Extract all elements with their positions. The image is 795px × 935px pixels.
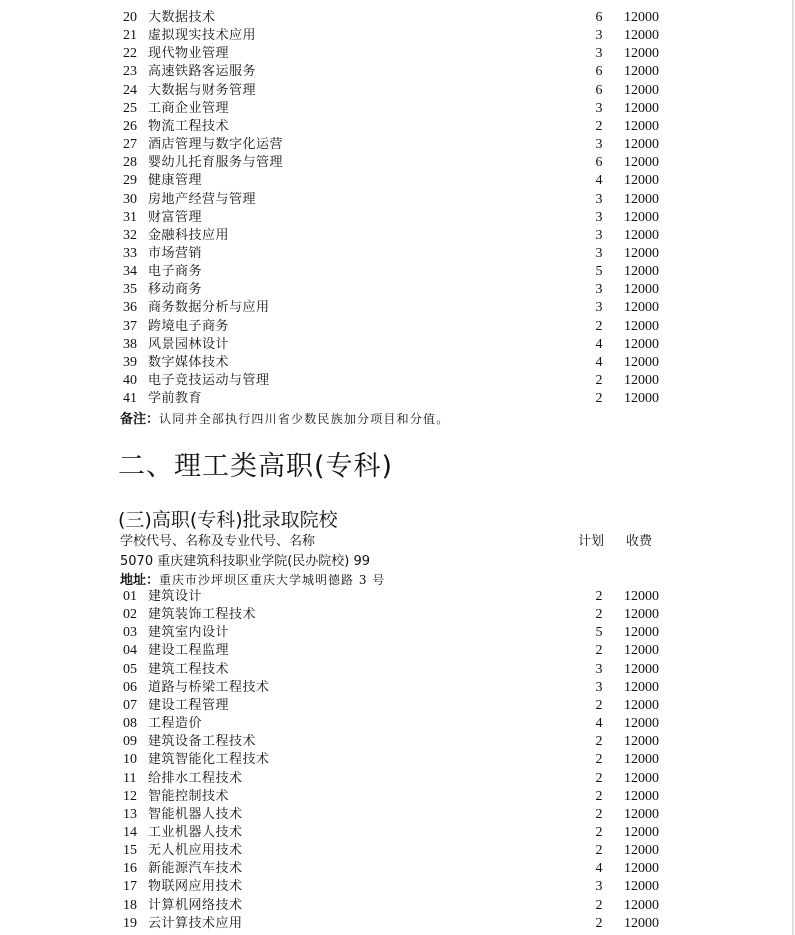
- major-row: 39数字媒体技术412000: [0, 354, 795, 372]
- major-row: 09建筑设备工程技术212000: [0, 733, 795, 751]
- tuition-fee: 12000: [624, 281, 659, 299]
- tuition-fee: 12000: [624, 679, 659, 697]
- major-code: 24: [123, 82, 145, 100]
- major-row: 02建筑装饰工程技术212000: [0, 606, 795, 624]
- major-code: 34: [123, 263, 145, 281]
- major-name: 建筑室内设计: [148, 624, 229, 642]
- tuition-fee: 12000: [624, 842, 659, 860]
- major-name: 婴幼儿托育服务与管理: [148, 154, 283, 172]
- major-code: 02: [123, 606, 145, 624]
- major-name: 建设工程管理: [148, 697, 229, 715]
- address-label: 地址：: [120, 573, 159, 588]
- major-row: 04建设工程监理212000: [0, 642, 795, 660]
- major-code: 12: [123, 788, 145, 806]
- major-name: 智能机器人技术: [148, 806, 243, 824]
- major-code: 11: [123, 770, 145, 788]
- plan-count: 3: [590, 136, 608, 154]
- major-code: 39: [123, 354, 145, 372]
- tuition-fee: 12000: [624, 733, 659, 751]
- tuition-fee: 12000: [624, 390, 659, 408]
- major-code: 03: [123, 624, 145, 642]
- plan-count: 3: [590, 100, 608, 118]
- major-name: 建筑设备工程技术: [148, 733, 256, 751]
- plan-count: 2: [590, 915, 608, 933]
- school-name-line: 5070 重庆建筑科技职业学院(民办院校) 99: [120, 552, 370, 572]
- major-row: 15无人机应用技术212000: [0, 842, 795, 860]
- major-name: 无人机应用技术: [148, 842, 243, 860]
- major-name: 建筑设计: [148, 588, 202, 606]
- plan-count: 4: [590, 172, 608, 190]
- plan-count: 3: [590, 27, 608, 45]
- plan-count: 4: [590, 336, 608, 354]
- column-header: 学校代号、名称及专业代号、名称 计划 收费: [120, 532, 795, 552]
- major-code: 41: [123, 390, 145, 408]
- tuition-fee: 12000: [624, 263, 659, 281]
- major-code: 32: [123, 227, 145, 245]
- tuition-fee: 12000: [624, 100, 659, 118]
- plan-count: 6: [590, 82, 608, 100]
- major-row: 27酒店管理与数字化运营312000: [0, 136, 795, 154]
- major-name: 虚拟现实技术应用: [148, 27, 256, 45]
- major-name: 电子竞技运动与管理: [148, 372, 270, 390]
- tuition-fee: 12000: [624, 878, 659, 896]
- major-name: 物流工程技术: [148, 118, 229, 136]
- major-name: 现代物业管理: [148, 45, 229, 63]
- major-row: 26物流工程技术212000: [0, 118, 795, 136]
- plan-count: 2: [590, 806, 608, 824]
- tuition-fee: 12000: [624, 751, 659, 769]
- major-name: 云计算技术应用: [148, 915, 243, 933]
- major-row: 14工业机器人技术212000: [0, 824, 795, 842]
- plan-count: 6: [590, 63, 608, 81]
- plan-count: 3: [590, 191, 608, 209]
- plan-count: 2: [590, 606, 608, 624]
- major-row: 06道路与桥梁工程技术312000: [0, 679, 795, 697]
- plan-count: 2: [590, 390, 608, 408]
- plan-count: 2: [590, 842, 608, 860]
- plan-count: 3: [590, 209, 608, 227]
- major-code: 33: [123, 245, 145, 263]
- major-name: 数字媒体技术: [148, 354, 229, 372]
- tuition-fee: 12000: [624, 154, 659, 172]
- major-row: 19云计算技术应用212000: [0, 915, 795, 933]
- tuition-fee: 12000: [624, 897, 659, 915]
- tuition-fee: 12000: [624, 788, 659, 806]
- remark-text: 认同并全部执行四川省少数民族加分项目和分值。: [159, 412, 449, 426]
- major-row: 07建设工程管理212000: [0, 697, 795, 715]
- major-row: 28婴幼儿托育服务与管理612000: [0, 154, 795, 172]
- major-name: 健康管理: [148, 172, 202, 190]
- major-code: 36: [123, 299, 145, 317]
- major-row: 34电子商务512000: [0, 263, 795, 281]
- plan-count: 2: [590, 372, 608, 390]
- tuition-fee: 12000: [624, 227, 659, 245]
- major-row: 35移动商务312000: [0, 281, 795, 299]
- major-code: 26: [123, 118, 145, 136]
- plan-count: 2: [590, 642, 608, 660]
- major-code: 19: [123, 915, 145, 933]
- major-code: 20: [123, 9, 145, 27]
- plan-count: 5: [590, 263, 608, 281]
- tuition-fee: 12000: [624, 806, 659, 824]
- major-name: 移动商务: [148, 281, 202, 299]
- major-row: 13智能机器人技术212000: [0, 806, 795, 824]
- major-name: 商务数据分析与应用: [148, 299, 270, 317]
- major-name: 智能控制技术: [148, 788, 229, 806]
- remark-note: 备注：认同并全部执行四川省少数民族加分项目和分值。: [120, 410, 449, 429]
- major-code: 40: [123, 372, 145, 390]
- major-code: 27: [123, 136, 145, 154]
- section-title: 二、理工类高职(专科): [118, 448, 393, 486]
- major-name: 风景园林设计: [148, 336, 229, 354]
- major-code: 28: [123, 154, 145, 172]
- major-row: 12智能控制技术212000: [0, 788, 795, 806]
- address-text: 重庆市沙坪坝区重庆大学城明德路 3 号: [159, 573, 385, 587]
- plan-count: 2: [590, 697, 608, 715]
- major-name: 新能源汽车技术: [148, 860, 243, 878]
- tuition-fee: 12000: [624, 118, 659, 136]
- plan-count: 6: [590, 9, 608, 27]
- major-name: 物联网应用技术: [148, 878, 243, 896]
- tuition-fee: 12000: [624, 209, 659, 227]
- major-row: 22现代物业管理312000: [0, 45, 795, 63]
- major-code: 04: [123, 642, 145, 660]
- major-name: 财富管理: [148, 209, 202, 227]
- major-code: 09: [123, 733, 145, 751]
- plan-count: 4: [590, 860, 608, 878]
- major-row: 32金融科技应用312000: [0, 227, 795, 245]
- tuition-fee: 12000: [624, 661, 659, 679]
- plan-count: 2: [590, 118, 608, 136]
- tuition-fee: 12000: [624, 9, 659, 27]
- major-row: 33市场营销312000: [0, 245, 795, 263]
- major-code: 06: [123, 679, 145, 697]
- tuition-fee: 12000: [624, 172, 659, 190]
- major-name: 学前教育: [148, 390, 202, 408]
- tuition-fee: 12000: [624, 642, 659, 660]
- plan-count: 3: [590, 227, 608, 245]
- major-code: 16: [123, 860, 145, 878]
- major-code: 22: [123, 45, 145, 63]
- major-code: 25: [123, 100, 145, 118]
- major-name: 工业机器人技术: [148, 824, 243, 842]
- major-code: 07: [123, 697, 145, 715]
- tuition-fee: 12000: [624, 27, 659, 45]
- tuition-fee: 12000: [624, 299, 659, 317]
- plan-count: 6: [590, 154, 608, 172]
- major-row: 10建筑智能化工程技术212000: [0, 751, 795, 769]
- tuition-fee: 12000: [624, 915, 659, 933]
- plan-count: 3: [590, 661, 608, 679]
- major-name: 大数据技术: [148, 9, 216, 27]
- major-row: 20大数据技术612000: [0, 9, 795, 27]
- major-name: 大数据与财务管理: [148, 82, 256, 100]
- tuition-fee: 12000: [624, 136, 659, 154]
- plan-count: 2: [590, 897, 608, 915]
- plan-count: 2: [590, 770, 608, 788]
- major-row: 41学前教育212000: [0, 390, 795, 408]
- tuition-fee: 12000: [624, 336, 659, 354]
- tuition-fee: 12000: [624, 354, 659, 372]
- plan-count: 3: [590, 878, 608, 896]
- major-code: 15: [123, 842, 145, 860]
- major-code: 17: [123, 878, 145, 896]
- major-code: 31: [123, 209, 145, 227]
- tuition-fee: 12000: [624, 245, 659, 263]
- major-name: 市场营销: [148, 245, 202, 263]
- page-edge-divider: [792, 0, 794, 935]
- major-code: 14: [123, 824, 145, 842]
- plan-count: 3: [590, 679, 608, 697]
- tuition-fee: 12000: [624, 588, 659, 606]
- tuition-fee: 12000: [624, 624, 659, 642]
- major-name: 酒店管理与数字化运营: [148, 136, 283, 154]
- major-row: 21虚拟现实技术应用312000: [0, 27, 795, 45]
- header-plan: 计划: [578, 532, 604, 552]
- major-row: 17物联网应用技术312000: [0, 878, 795, 896]
- plan-count: 2: [590, 751, 608, 769]
- major-name: 给排水工程技术: [148, 770, 243, 788]
- major-code: 08: [123, 715, 145, 733]
- tuition-fee: 12000: [624, 318, 659, 336]
- major-name: 跨境电子商务: [148, 318, 229, 336]
- tuition-fee: 12000: [624, 45, 659, 63]
- major-code: 10: [123, 751, 145, 769]
- tuition-fee: 12000: [624, 372, 659, 390]
- major-name: 建筑智能化工程技术: [148, 751, 270, 769]
- major-row: 01建筑设计212000: [0, 588, 795, 606]
- major-name: 高速铁路客运服务: [148, 63, 256, 81]
- major-name: 房地产经营与管理: [148, 191, 256, 209]
- major-name: 工商企业管理: [148, 100, 229, 118]
- major-row: 23高速铁路客运服务612000: [0, 63, 795, 81]
- major-row: 40电子竞技运动与管理212000: [0, 372, 795, 390]
- major-name: 计算机网络技术: [148, 897, 243, 915]
- tuition-fee: 12000: [624, 63, 659, 81]
- major-row: 29健康管理412000: [0, 172, 795, 190]
- major-code: 21: [123, 27, 145, 45]
- tuition-fee: 12000: [624, 697, 659, 715]
- major-row: 11给排水工程技术212000: [0, 770, 795, 788]
- major-name: 金融科技应用: [148, 227, 229, 245]
- major-name: 电子商务: [148, 263, 202, 281]
- major-row: 38风景园林设计412000: [0, 336, 795, 354]
- tuition-fee: 12000: [624, 860, 659, 878]
- major-row: 37跨境电子商务212000: [0, 318, 795, 336]
- major-row: 24大数据与财务管理612000: [0, 82, 795, 100]
- major-code: 30: [123, 191, 145, 209]
- plan-count: 2: [590, 788, 608, 806]
- major-code: 05: [123, 661, 145, 679]
- plan-count: 3: [590, 281, 608, 299]
- plan-count: 3: [590, 45, 608, 63]
- tuition-fee: 12000: [624, 191, 659, 209]
- major-row: 16新能源汽车技术412000: [0, 860, 795, 878]
- plan-count: 2: [590, 824, 608, 842]
- major-code: 01: [123, 588, 145, 606]
- plan-count: 2: [590, 588, 608, 606]
- major-name: 工程造价: [148, 715, 202, 733]
- remark-label: 备注：: [120, 412, 159, 427]
- major-row: 08工程造价412000: [0, 715, 795, 733]
- major-code: 29: [123, 172, 145, 190]
- major-row: 31财富管理312000: [0, 209, 795, 227]
- plan-count: 4: [590, 715, 608, 733]
- tuition-fee: 12000: [624, 606, 659, 624]
- major-row: 36商务数据分析与应用312000: [0, 299, 795, 317]
- subsection-title: (三)高职(专科)批录取院校: [118, 506, 338, 534]
- header-school-major: 学校代号、名称及专业代号、名称: [120, 532, 315, 552]
- major-code: 13: [123, 806, 145, 824]
- major-code: 37: [123, 318, 145, 336]
- major-row: 18计算机网络技术212000: [0, 897, 795, 915]
- major-name: 建筑工程技术: [148, 661, 229, 679]
- header-fee: 收费: [626, 532, 652, 552]
- plan-count: 2: [590, 318, 608, 336]
- plan-count: 2: [590, 733, 608, 751]
- tuition-fee: 12000: [624, 770, 659, 788]
- major-code: 23: [123, 63, 145, 81]
- plan-count: 3: [590, 299, 608, 317]
- major-code: 18: [123, 897, 145, 915]
- major-row: 05建筑工程技术312000: [0, 661, 795, 679]
- tuition-fee: 12000: [624, 82, 659, 100]
- plan-count: 4: [590, 354, 608, 372]
- tuition-fee: 12000: [624, 715, 659, 733]
- plan-count: 3: [590, 245, 608, 263]
- major-code: 35: [123, 281, 145, 299]
- major-row: 03建筑室内设计512000: [0, 624, 795, 642]
- major-row: 30房地产经营与管理312000: [0, 191, 795, 209]
- major-name: 道路与桥梁工程技术: [148, 679, 270, 697]
- major-code: 38: [123, 336, 145, 354]
- major-name: 建设工程监理: [148, 642, 229, 660]
- major-row: 25工商企业管理312000: [0, 100, 795, 118]
- plan-count: 5: [590, 624, 608, 642]
- major-name: 建筑装饰工程技术: [148, 606, 256, 624]
- tuition-fee: 12000: [624, 824, 659, 842]
